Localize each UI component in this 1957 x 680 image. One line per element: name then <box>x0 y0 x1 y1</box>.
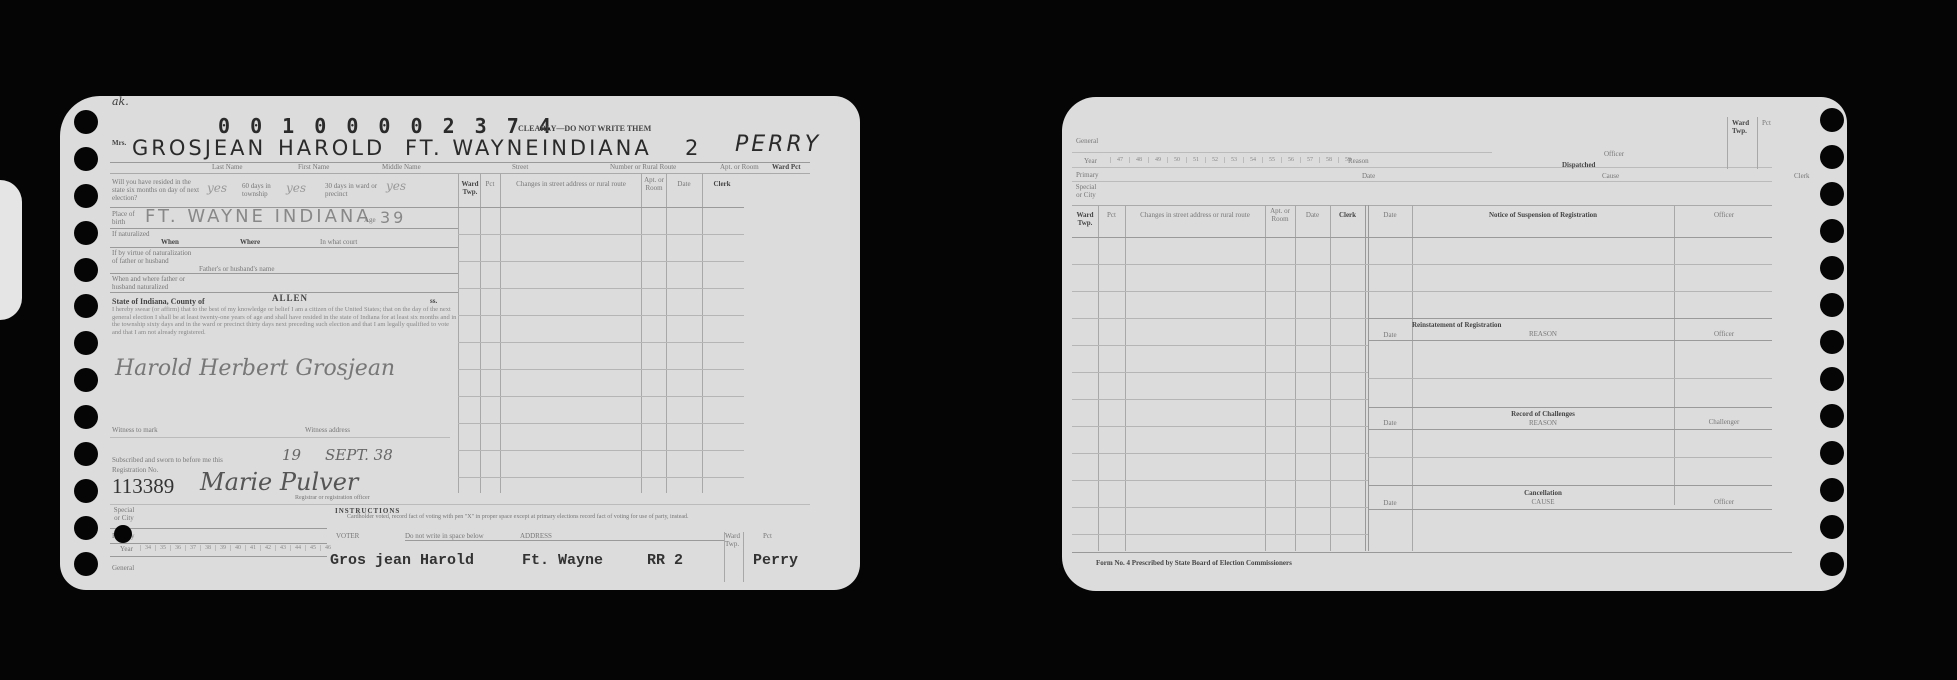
challenges-col-challenger: Challenger <box>1674 418 1774 426</box>
cancellation-col-cause: CAUSE <box>1412 498 1674 506</box>
year-cell: 41 <box>245 545 260 551</box>
corner-note: ak. <box>112 98 129 106</box>
challenges-col-date: Date <box>1368 419 1412 427</box>
birth-label: Place of birth <box>112 210 142 226</box>
back-row-special: Special or City <box>1072 183 1100 199</box>
year-cell: 36 <box>170 545 185 551</box>
stamp-city: Ft. Wayne <box>522 552 603 569</box>
back-row-primary: Primary <box>1076 171 1099 179</box>
reinstatement-col-date: Date <box>1368 331 1412 339</box>
punch-hole <box>1820 293 1844 317</box>
naturalized-where: Where <box>240 238 260 246</box>
punch-hole <box>74 331 98 355</box>
row-special-city: Special or City <box>110 506 138 522</box>
print-clearly-note: CLEARLY—DO NOT WRITE THEM <box>518 124 651 133</box>
instr-col-voter: VOTER <box>336 532 359 540</box>
year-cell: 47 <box>1110 157 1129 163</box>
witness-address-label: Witness address <box>305 426 350 434</box>
cancellation-col-date: Date <box>1368 499 1412 507</box>
year-cell: 35 <box>155 545 170 551</box>
naturalized-when: When <box>161 238 179 246</box>
subscribed-month-year: SEPT. 38 <box>325 446 393 464</box>
reinstatement-col-reason: REASON <box>1412 330 1674 338</box>
col-apt: Apt. or Room <box>642 176 666 192</box>
year-cells-back: 47484950515253545556575859 <box>1110 157 1357 163</box>
col-changes: Changes in street address or rural route <box>502 180 640 188</box>
col-date: Date <box>666 180 702 188</box>
label-ward-pct: Ward Pct <box>772 163 801 171</box>
year-cell: 51 <box>1186 157 1205 163</box>
challenges-title: Record of Challenges <box>1412 410 1674 418</box>
by-virtue-label: If by virtue of naturalization of father… <box>112 249 192 265</box>
punch-hole <box>1820 404 1844 428</box>
punch-hole <box>1820 145 1844 169</box>
cancellation-title: Cancellation <box>1412 489 1674 497</box>
punch-hole <box>1820 256 1844 280</box>
title-prefix: Mrs. <box>112 139 126 147</box>
punch-hole <box>1820 219 1844 243</box>
age-label: Age <box>364 216 376 224</box>
back-row-year: Year <box>1084 157 1097 165</box>
state-value: INDIANA <box>542 136 652 160</box>
stamp-route: RR 2 <box>647 552 683 569</box>
age-value: 39 <box>380 208 406 227</box>
precinct-value: PERRY <box>735 132 821 157</box>
number-value: 2 <box>685 136 701 160</box>
back-ward-label: Ward Twp. <box>1732 119 1752 135</box>
back-dispatched-label: Dispatched <box>1562 161 1595 169</box>
registration-label: Registration No. <box>112 466 158 474</box>
label-apt: Apt. or Room <box>720 163 759 171</box>
punch-hole <box>74 368 98 392</box>
punch-hole <box>74 516 98 540</box>
punch-hole <box>1820 552 1844 576</box>
stamp-name: Gros jean Harold <box>330 552 474 569</box>
year-cell: 54 <box>1243 157 1262 163</box>
subscribed-day: 19 <box>282 446 301 464</box>
back-col-pct: Pct <box>1098 211 1125 219</box>
oath-text: I hereby swear (or affirm) that to the b… <box>112 306 457 336</box>
stamp-precinct: Perry <box>753 552 798 569</box>
township-answer: yes <box>286 181 306 195</box>
back-col-changes: Changes in street address or rural route <box>1125 211 1265 219</box>
label-street: Street <box>512 163 528 171</box>
year-cell: 58 <box>1319 157 1338 163</box>
punch-hole <box>1820 182 1844 206</box>
suspension-col-notice: Notice of Suspension of Registration <box>1412 211 1674 219</box>
witness-mark-label: Witness to mark <box>112 426 158 434</box>
registration-card-front: ak. 0 0 1 0 0 0 0 2 3 7 4 CLEARLY—DO NOT… <box>60 96 860 590</box>
punch-hole <box>1820 515 1844 539</box>
col-pct: Pct <box>480 180 500 188</box>
punch-hole <box>1820 441 1844 465</box>
back-col-clerk: Clerk <box>1330 211 1365 219</box>
adjacent-card-fragment <box>0 180 22 320</box>
first-name-value: HAROLD <box>278 136 385 160</box>
label-first-name: First Name <box>298 163 329 171</box>
year-cell: 46 <box>320 545 335 551</box>
year-cell: 48 <box>1129 157 1148 163</box>
punch-hole-small <box>114 525 132 543</box>
year-cell: 34 <box>140 545 155 551</box>
punch-hole <box>74 147 98 171</box>
year-cell: 49 <box>1148 157 1167 163</box>
suspension-col-officer: Officer <box>1674 211 1774 219</box>
year-cell: 55 <box>1262 157 1281 163</box>
city-value: FT. WAYNE <box>405 136 542 160</box>
reinstatement-col-officer: Officer <box>1674 330 1774 338</box>
punch-hole <box>74 184 98 208</box>
back-clerk-label: Clerk <box>1794 172 1810 180</box>
col-ward-twp: Ward Twp. <box>460 180 480 196</box>
year-cell: 38 <box>200 545 215 551</box>
instructions-text: Cardholder voted, record fact of voting … <box>347 514 742 521</box>
punch-hole <box>1820 478 1844 502</box>
row-general: General <box>112 564 134 572</box>
challenges-col-reason: REASON <box>1412 419 1674 427</box>
year-cell: 53 <box>1224 157 1243 163</box>
year-cell: 50 <box>1167 157 1186 163</box>
residency-question: Will you have resided in the state six m… <box>112 178 202 202</box>
cancellation-col-officer: Officer <box>1674 498 1774 506</box>
back-date-label: Date <box>1362 172 1375 180</box>
punch-hole <box>74 110 98 134</box>
ward-answer: yes <box>386 179 406 193</box>
punch-hole <box>1820 330 1844 354</box>
punch-hole <box>74 479 98 503</box>
state-answer: yes <box>207 181 227 195</box>
year-cell: 44 <box>290 545 305 551</box>
back-col-ward: Ward Twp. <box>1072 211 1098 227</box>
back-officer-label: Officer <box>1604 150 1624 158</box>
birth-value: FT. WAYNE INDIANA <box>145 206 372 227</box>
label-middle-name: Middle Name <box>382 163 421 171</box>
back-col-apt: Apt. or Room <box>1265 207 1295 223</box>
year-cells-front: 34353637383940414243444546 <box>140 545 335 551</box>
stamp-ward-label: Ward Twp. <box>725 532 745 548</box>
label-number-route: Number or Rural Route <box>610 163 676 171</box>
registration-number: 113389 <box>112 474 174 499</box>
serial-number: 0 0 1 0 0 0 0 2 3 7 4 <box>218 114 555 138</box>
year-cell: 37 <box>185 545 200 551</box>
father-name-label: Father's or husband's name <box>199 265 274 273</box>
county-value: ALLEN <box>272 293 308 303</box>
year-cell: 42 <box>260 545 275 551</box>
voter-signature: Harold Herbert Grosjean <box>115 356 395 381</box>
punch-hole <box>74 221 98 245</box>
year-cell: 57 <box>1300 157 1319 163</box>
naturalized-court: In what court <box>320 238 357 246</box>
punch-hole <box>74 442 98 466</box>
when-where-father: When and where father or husband natural… <box>112 275 192 291</box>
punch-hole <box>74 552 98 576</box>
year-cell: 43 <box>275 545 290 551</box>
stamp-pct-label: Pct <box>763 532 772 540</box>
clerk-signature: Marie Pulver <box>200 468 358 496</box>
year-cell: 52 <box>1205 157 1224 163</box>
punch-hole <box>1820 367 1844 391</box>
instr-col-name: Do not write in space below <box>405 532 484 540</box>
suspension-col-date: Date <box>1368 211 1412 219</box>
label-last-name: Last Name <box>212 163 243 171</box>
back-col-date: Date <box>1295 211 1330 219</box>
ward-label: 30 days in ward or precinct <box>325 182 385 198</box>
clerk-label: Registrar or registration officer <box>295 494 370 502</box>
punch-hole <box>1820 108 1844 132</box>
punch-hole <box>74 294 98 318</box>
back-row-general: General <box>1076 137 1098 145</box>
year-cell: 56 <box>1281 157 1300 163</box>
punch-hole <box>74 405 98 429</box>
last-name-value: GROSJEAN <box>132 136 266 160</box>
reinstatement-title: Reinstatement of Registration <box>1412 321 1501 329</box>
back-reason-label: Reason <box>1348 157 1369 165</box>
year-cell: 39 <box>215 545 230 551</box>
back-cause-label: Cause <box>1602 172 1619 180</box>
instr-col-address: ADDRESS <box>520 532 552 540</box>
back-pct-label: Pct <box>1762 119 1771 127</box>
naturalized-label: If naturalized <box>112 230 152 238</box>
col-clerk: Clerk <box>702 180 742 188</box>
subscribed-label: Subscribed and sworn to before me this <box>112 456 223 464</box>
form-footer: Form No. 4 Prescribed by State Board of … <box>1096 559 1292 567</box>
row-year: Year <box>120 545 133 553</box>
ss-label: ss. <box>430 297 437 305</box>
year-cell: 45 <box>305 545 320 551</box>
registration-card-back: General Year 47484950515253545556575859 … <box>1062 97 1847 591</box>
state-county-label: State of Indiana, County of <box>112 297 205 306</box>
punch-hole <box>74 258 98 282</box>
year-cell: 40 <box>230 545 245 551</box>
